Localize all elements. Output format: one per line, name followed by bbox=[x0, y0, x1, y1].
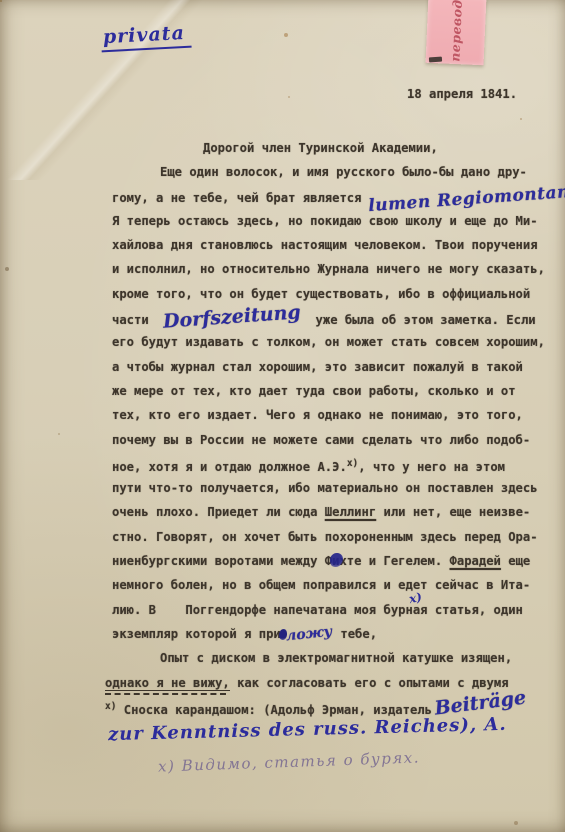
typed-text: гому, а не тебе, чей брат является bbox=[112, 191, 361, 205]
date-line: 18 апреля 1841. bbox=[407, 87, 517, 101]
typed-text: очень плохо. Приедет ли сюда bbox=[112, 505, 325, 519]
salutation-line: Дорогой член Туринской Академии, bbox=[112, 136, 558, 160]
typed-line: ниенбургскими воротами между Фихте и Гег… bbox=[112, 549, 558, 573]
typed-text: уже была об этом заметка. Если bbox=[316, 313, 536, 327]
pencil-note: х) Видимо, статья о бурях. bbox=[158, 748, 420, 775]
footnote-marker: х) bbox=[105, 701, 116, 712]
typed-line: экземпляр которой я приложу тебе, bbox=[112, 622, 558, 646]
typed-line: гому, а не тебе, чей брат являетсяlumen … bbox=[112, 185, 558, 209]
ink-mark bbox=[429, 57, 442, 63]
typed-line: пути что-то получается, ибо материально … bbox=[112, 476, 558, 500]
typed-text: ное, хотя я и отдаю должное А.Э. bbox=[112, 460, 347, 474]
letter-body: Дорогой член Туринской Академии, Еще оди… bbox=[112, 136, 558, 719]
typed-text: , что у него на этом bbox=[358, 460, 505, 474]
typed-line: немного болен, но в общем поправился и е… bbox=[112, 573, 558, 597]
underlined-dashed-phrase: однако я не вижу, bbox=[105, 676, 230, 691]
typed-text: или нет, еще неизве- bbox=[376, 505, 530, 519]
typed-line: частиDorfszeitungуже была об этом заметк… bbox=[112, 306, 558, 330]
typed-line: почему вы в России не можете сами сделат… bbox=[112, 428, 558, 452]
sticky-note-text: перевод bbox=[447, 0, 465, 62]
typed-line: Опыт с диском в электромагнитной катушке… bbox=[112, 646, 558, 670]
sticky-note: перевод bbox=[426, 0, 487, 65]
typed-text: ниенбургскими воротами между Фихте и Гег… bbox=[112, 554, 450, 568]
letter-page: privata перевод 18 апреля 1841. Дорогой … bbox=[0, 0, 565, 832]
typed-line: хайлова дня становлюсь настоящим человек… bbox=[112, 233, 558, 257]
typed-text: части bbox=[112, 313, 149, 327]
typed-line: кроме того, что он будет существовать, и… bbox=[112, 282, 558, 306]
typed-text: тебе, bbox=[333, 627, 377, 641]
typed-text: еще bbox=[501, 554, 530, 568]
typed-line: его будут издавать с толком, он может ст… bbox=[112, 330, 558, 354]
typed-text: экземпляр которой я при bbox=[112, 627, 281, 641]
typed-line: ное, хотя я и отдаю должное А.Э.х), что … bbox=[112, 452, 558, 476]
typed-line: тех, кто его издает. Чего я однако не по… bbox=[112, 403, 558, 427]
underlined-schelling: Шеллинг bbox=[325, 505, 376, 519]
handwritten-dorfszeitung: Dorfszeitung bbox=[162, 300, 301, 334]
typed-text: Сноска карандашом: (Адольф Эрман, издате… bbox=[116, 703, 432, 717]
underlined-faraday: Фарадей bbox=[450, 554, 501, 568]
typed-line: очень плохо. Приедет ли сюда Шеллинг или… bbox=[112, 500, 558, 524]
typed-text: как согласовать его с опытами с двумя bbox=[230, 676, 509, 690]
typed-line: стно. Говорят, он хочет быть похороненны… bbox=[112, 525, 558, 549]
annotation-privata: privata bbox=[100, 22, 191, 53]
typed-line: лию. В Поггендорфе напечатана моя бурная… bbox=[112, 598, 558, 622]
typed-text: лию. В Поггендорфе напечатана моя бурная… bbox=[112, 603, 523, 617]
typed-line: же мере от тех, кто дает туда свои работ… bbox=[112, 379, 558, 403]
paper-specks bbox=[0, 0, 2, 2]
typed-line: Еще один волосок, и имя русского было-бы… bbox=[112, 160, 558, 184]
typed-line: а чтобы журнал стал хорошим, это зависит… bbox=[112, 355, 558, 379]
footnote-marker: х) bbox=[347, 458, 358, 469]
handwritten-lozhu: ложу bbox=[285, 620, 334, 649]
typed-line: Я теперь остаюсь здесь, но покидаю свою … bbox=[112, 209, 558, 233]
typed-line: и исполнил, но относительно Журнала ниче… bbox=[112, 257, 558, 281]
